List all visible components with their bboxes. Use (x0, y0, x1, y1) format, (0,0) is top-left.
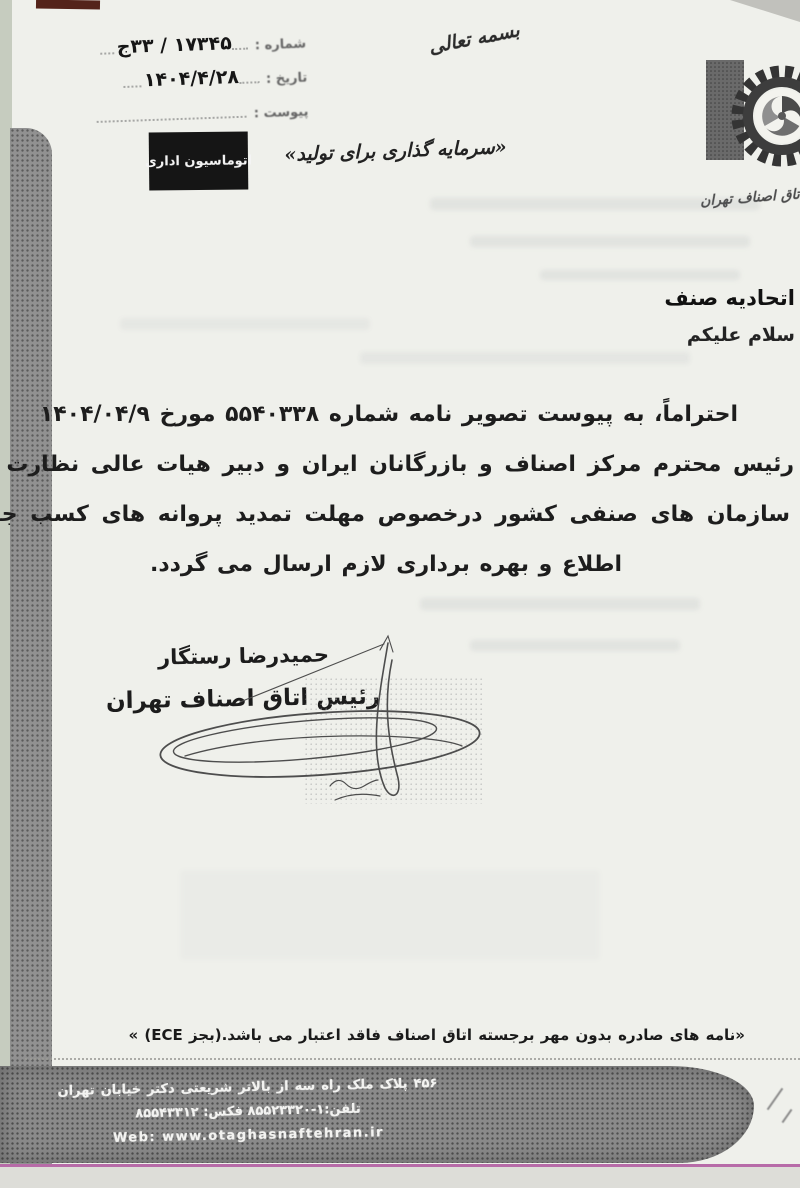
bleedthrough-smudge (420, 598, 700, 610)
dotted-leader (232, 44, 248, 51)
bleedthrough-smudge (540, 270, 740, 280)
chamber-logo (702, 50, 800, 190)
top-right-corner-shade (730, 0, 800, 22)
date-label: تاریخ : (266, 71, 308, 87)
letter-meta-block: شماره : ۱۷۳۴۵ / ۳۳ج تاریخ : ۱۴۰۴/۴/۲۸ پی… (50, 18, 308, 129)
dotted-leader (123, 81, 141, 88)
automation-stamp: اتوماسیون اداری (149, 131, 249, 190)
paragraph-line: احتراماً، به پیوست تصویر نامه شماره ۵۵۴۰… (40, 402, 738, 427)
dotted-separator (25, 1058, 800, 1060)
dotted-leader (100, 48, 114, 54)
bismillah-calligraphy: بسمه تعالی (427, 16, 539, 59)
automation-stamp-label: اتوماسیون اداری (145, 153, 252, 169)
bleedthrough-smudge (470, 236, 750, 247)
bleedthrough-smudge (180, 870, 600, 960)
salutation: سلام علیکم (687, 324, 795, 346)
footer-contact-block: تهرانخیاباندکترشریعتیبالاترازسهراهملکپلا… (27, 1071, 468, 1152)
attachment-label: پیوست : (254, 105, 309, 122)
top-edge-mark (36, 0, 100, 10)
validity-note: «نامه های صادره بدون مهر برجسته اتاق اصن… (128, 1026, 745, 1044)
scanned-letter-page: شماره : ۱۷۳۴۵ / ۳۳ج تاریخ : ۱۴۰۴/۴/۲۸ پی… (0, 0, 800, 1188)
bleedthrough-smudge (120, 318, 370, 330)
dotted-leader (239, 77, 259, 84)
scan-bottom-strip (0, 1167, 800, 1188)
gear-swirl-emblem-icon (702, 50, 800, 190)
pen-mark (767, 1088, 784, 1110)
paragraph-line: رئیس محترم مرکز اصناف و بازرگانان ایران … (0, 452, 794, 477)
left-shadow-band (10, 128, 52, 1188)
bleedthrough-smudge (360, 352, 690, 364)
paragraph-line: اطلاع و بهره برداری لازم ارسال می گردد. (150, 552, 622, 577)
number-value: ۱۷۳۴۵ / ۳۳ج (116, 32, 232, 58)
bleedthrough-smudge (430, 198, 760, 210)
number-label: شماره : (255, 37, 307, 54)
pen-mark (782, 1109, 793, 1123)
paragraph-line: سازمان های صنفی کشور درخصوص مهلت تمدید پ… (0, 502, 790, 527)
addressee: اتحادیه صنف (664, 286, 795, 310)
slogan: «سرمایه گذاری برای تولید» (268, 136, 524, 167)
dotted-leader (97, 112, 247, 123)
date-value: ۱۴۰۴/۴/۲۸ (144, 66, 240, 91)
handwritten-signature (130, 628, 510, 818)
